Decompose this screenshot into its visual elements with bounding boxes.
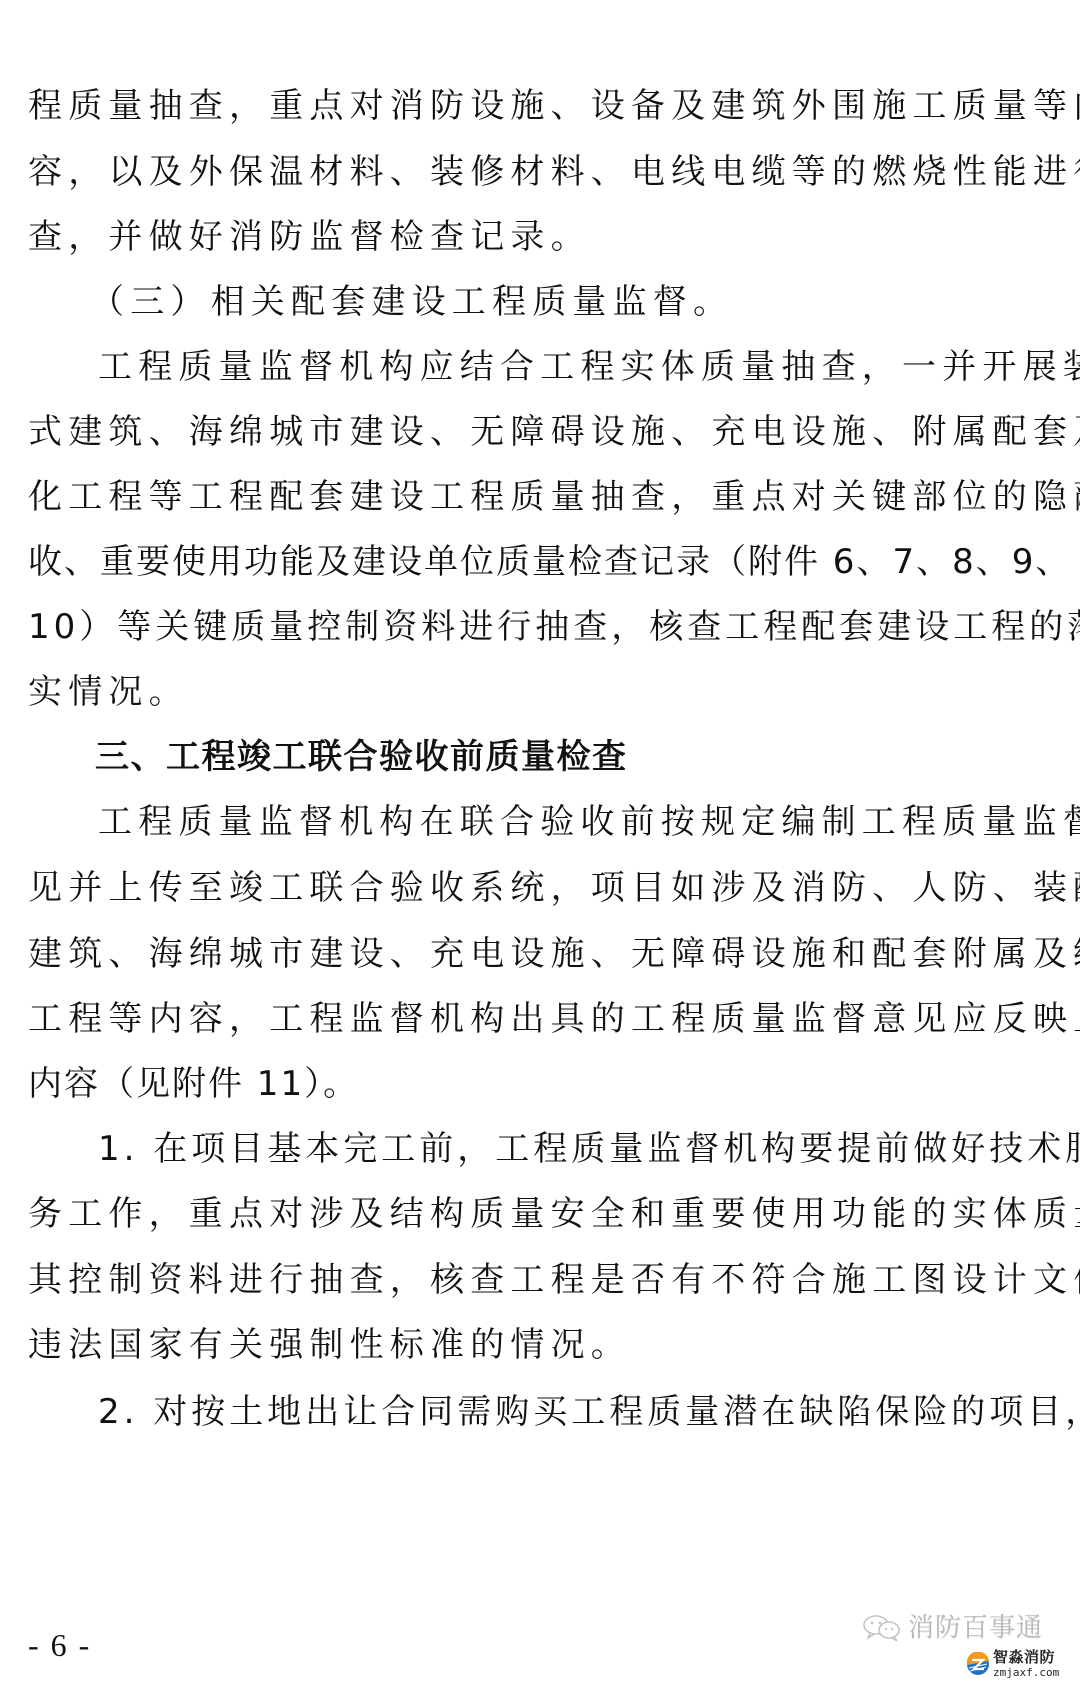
logo-mark-icon: [966, 1652, 990, 1676]
brand-logo: 智淼消防 zmjaxf.com: [966, 1647, 1078, 1681]
text-line-15: 内容（见附件 11）。: [28, 1062, 1052, 1106]
text-line-1: 程质量抽查，重点对消防设施、设备及建筑外围施工质量等内: [28, 84, 1052, 128]
text-line-6: 式建筑、海绵城市建设、无障碍设施、充电设施、附属配套及绿: [28, 410, 1052, 454]
document-page: 程质量抽查，重点对消防设施、设备及建筑外围施工质量等内 容，以及外保温材料、装修…: [0, 0, 1080, 1683]
section-heading: 三、工程竣工联合验收前质量检查: [95, 735, 1049, 779]
text-line-18: 其控制资料进行抽查，核查工程是否有不符合施工图设计文件及: [28, 1258, 1052, 1302]
text-line-19: 违法国家有关强制性标准的情况。: [28, 1323, 1052, 1367]
text-line-12: 见并上传至竣工联合验收系统，项目如涉及消防、人防、装配式: [28, 866, 1052, 910]
text-line-14: 工程等内容，工程监督机构出具的工程质量监督意见应反映上述: [28, 997, 1052, 1041]
text-line-11: 工程质量监督机构在联合验收前按规定编制工程质量监督意: [98, 800, 1052, 844]
watermark-text: 消防百事通: [908, 1613, 1043, 1643]
logo-url: zmjaxf.com: [993, 1667, 1059, 1678]
text-line-17: 务工作，重点对涉及结构质量安全和重要使用功能的实体质量及: [28, 1192, 1052, 1236]
subsection-title: （三）相关配套建设工程质量监督。: [90, 280, 1044, 324]
text-line-8: 收、重要使用功能及建设单位质量检查记录（附件 6、7、8、9、: [28, 540, 1052, 584]
list-item-2: 2. 对按土地出让合同需购买工程质量潜在缺陷保险的项目，: [98, 1390, 1052, 1434]
watermark: 消防百事通: [862, 1613, 1072, 1643]
text-line-9: 10）等关键质量控制资料进行抽查，核查工程配套建设工程的落: [28, 605, 1052, 649]
text-line-2: 容，以及外保温材料、装修材料、电线电缆等的燃烧性能进行抽: [28, 150, 1052, 194]
text-line-7: 化工程等工程配套建设工程质量抽查，重点对关键部位的隐蔽验: [28, 475, 1052, 519]
logo-text: 智淼消防 zmjaxf.com: [993, 1650, 1059, 1678]
wechat-icon: [862, 1614, 904, 1642]
logo-name: 智淼消防: [993, 1650, 1059, 1665]
text-line-13: 建筑、海绵城市建设、充电设施、无障碍设施和配套附属及绿化: [28, 932, 1052, 976]
text-line-3: 查，并做好消防监督检查记录。: [28, 215, 1052, 259]
list-item-1: 1. 在项目基本完工前，工程质量监督机构要提前做好技术服: [98, 1127, 1052, 1171]
text-line-5: 工程质量监督机构应结合工程实体质量抽查，一并开展装配: [98, 345, 1052, 389]
page-number: - 6 -: [28, 1625, 91, 1665]
text-line-10: 实情况。: [28, 670, 1052, 714]
